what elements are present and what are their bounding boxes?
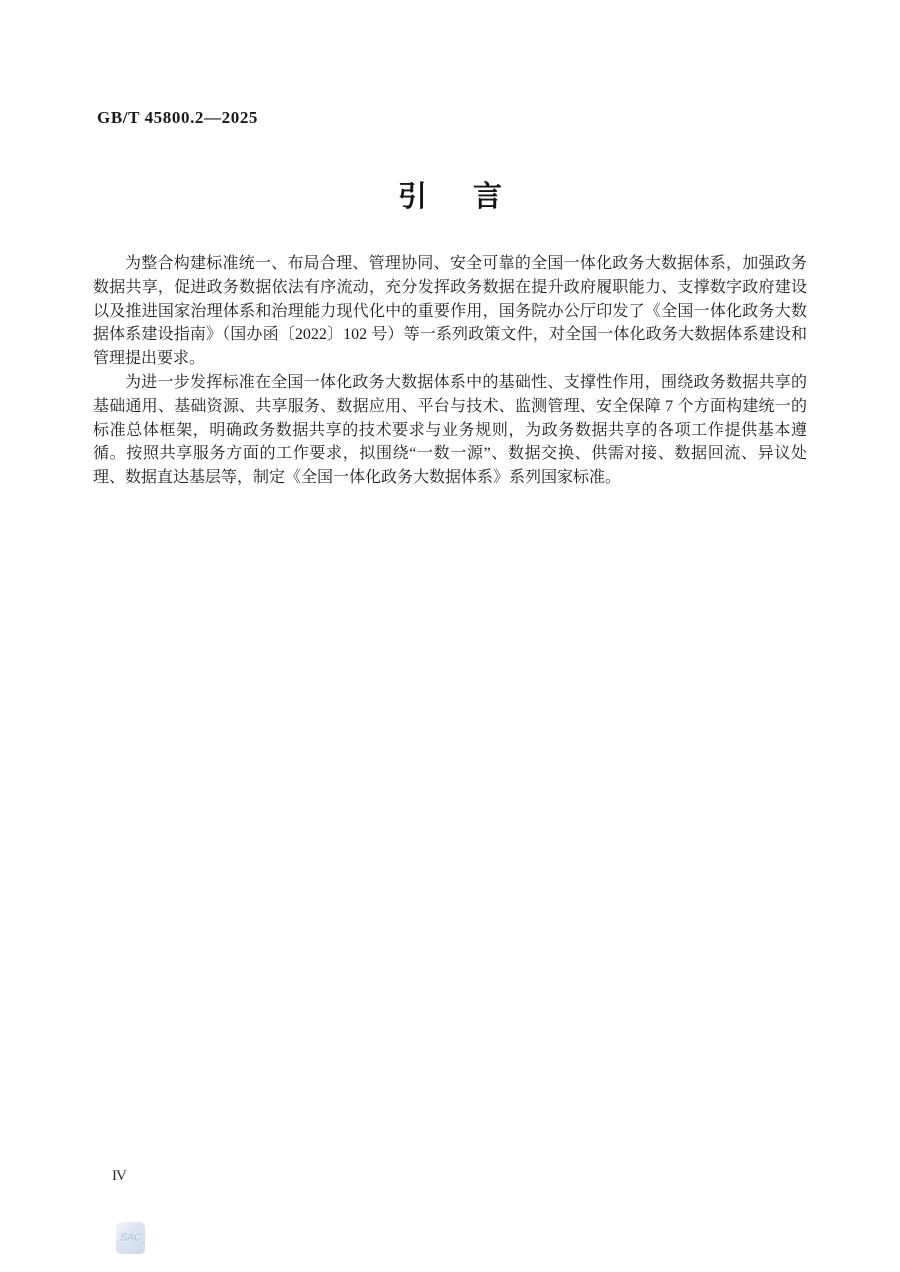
page-title: 引 言: [0, 180, 900, 212]
document-body: 为整合构建标准统一、布局合理、管理协同、安全可靠的全国一体化政务大数据体系，加强…: [93, 252, 807, 490]
sac-logo-text: SAC: [120, 1232, 141, 1244]
page-number: IV: [112, 1168, 126, 1185]
paragraph-1: 为整合构建标准统一、布局合理、管理协同、安全可靠的全国一体化政务大数据体系，加强…: [93, 252, 807, 371]
paragraph-2: 为进一步发挥标准在全国一体化政务大数据体系中的基础性、支撑性作用，围绕政务数据共…: [93, 371, 807, 490]
standard-code: GB/T 45800.2—2025: [97, 108, 258, 128]
title-char-first: 引: [398, 180, 427, 212]
sac-watermark-stamp: SAC: [116, 1222, 145, 1254]
title-char-second: 言: [473, 180, 502, 212]
document-page: GB/T 45800.2—2025 引 言 为整合构建标准统一、布局合理、管理协…: [0, 0, 900, 1272]
